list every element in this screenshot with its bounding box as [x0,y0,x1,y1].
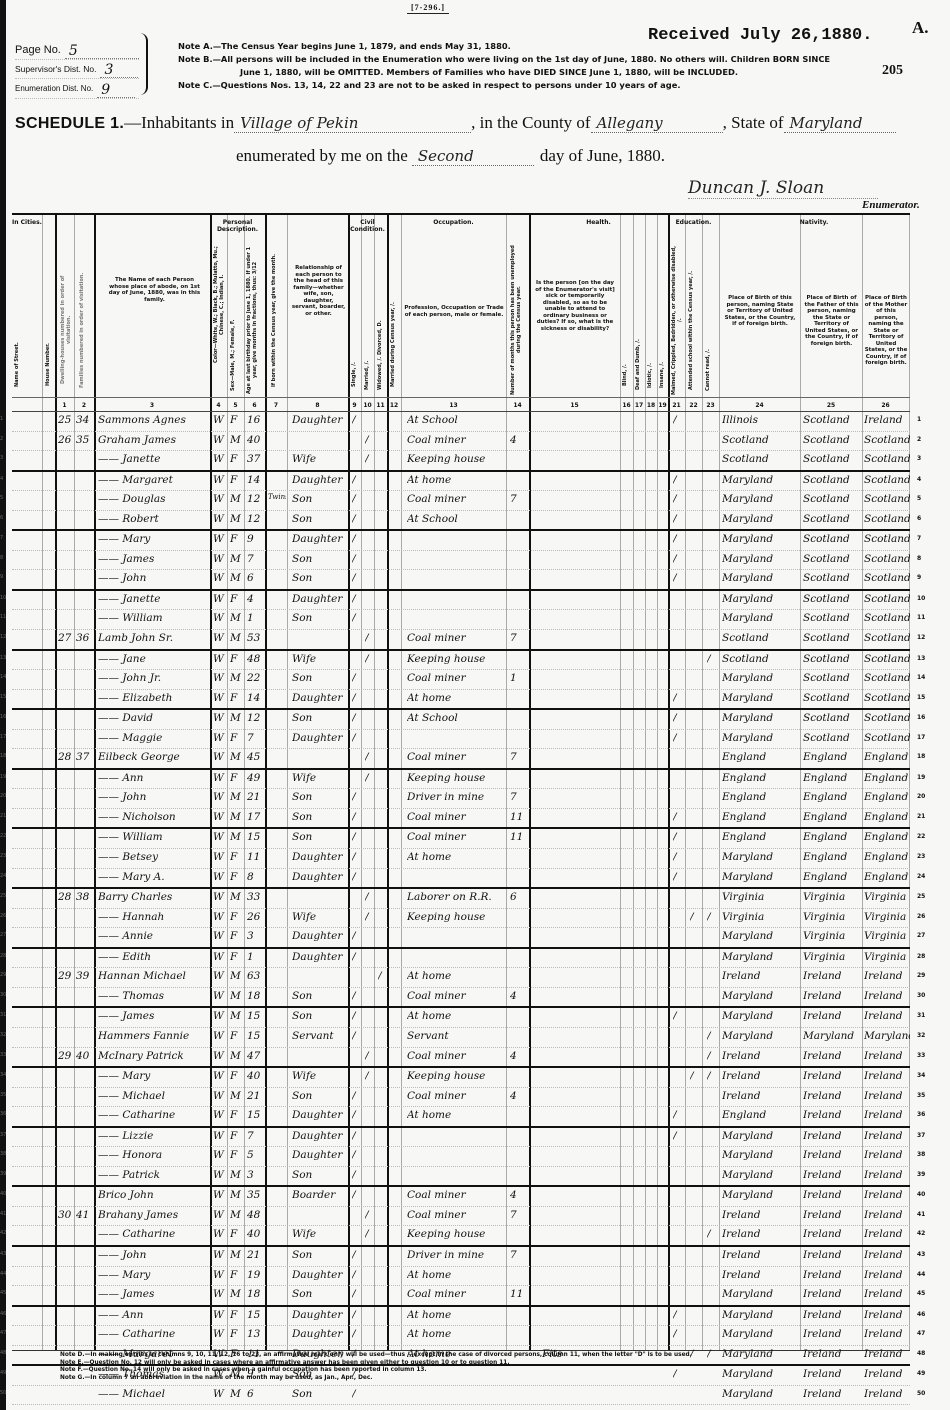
person-name: —— Ann [98,772,210,784]
birthplace: England [722,751,800,763]
person-name: —— William [98,831,210,843]
father-birthplace: England [803,791,861,803]
sex: M [230,712,244,724]
father-birthplace: Scotland [803,653,861,665]
color: W [213,434,227,446]
line-number-left: 38 [0,1151,6,1157]
form-number: [7-296.] [407,3,449,14]
relationship: Son [292,1090,348,1102]
months-unemployed: 4 [510,990,528,1002]
person-name: —— John Jr. [98,672,210,684]
married-mark: / [365,1070,375,1082]
occupation: Coal miner [407,811,506,823]
table-row: 44—— MaryWF19Daughter/At homeIrelandIrel… [12,1267,910,1287]
mother-birthplace: Ireland [864,1209,910,1221]
cannot-read-mark: / [690,911,702,923]
color: W [213,692,227,704]
occupation: Coal miner [407,751,506,763]
table-row: 38—— HonoraWF5Daughter/MarylandIrelandIr… [12,1147,910,1167]
age: 7 [247,732,265,744]
age: 9 [247,533,265,545]
line-number-left: 28 [0,953,6,959]
colnum-6: 6 [244,402,265,409]
note-b: Note B.—All persons will be included in … [178,53,878,66]
family-number: 38 [76,891,94,903]
header-idiotic: Idiotic, /. [647,355,653,395]
person-name: Barry Charles [98,891,210,903]
mother-birthplace: Ireland [864,1130,910,1142]
colnum-10: 10 [361,402,374,409]
line-number-right: 27 [917,932,925,939]
mother-birthplace: Ireland [864,1189,910,1201]
sex: M [230,1050,244,1062]
person-name: —— Catharine [98,1109,210,1121]
colnum-15: 15 [529,402,620,409]
age: 7 [247,553,265,565]
color: W [213,811,227,823]
occupation: Coal miner [407,632,506,644]
colnum-9: 9 [348,402,361,409]
enumeration-label: Enumeration Dist. No. [15,80,93,98]
age: 17 [247,811,265,823]
header-dwelling: Dwelling-houses numbered in order of vis… [60,265,72,395]
family-number: 35 [76,434,94,446]
school-mark: / [673,1130,685,1142]
color: W [213,1169,227,1181]
table-row: 45—— JamesWM18Son/Coal miner11MarylandIr… [12,1286,910,1307]
age: 4 [247,593,265,605]
birthplace: Maryland [722,732,800,744]
occupation: At School [407,414,506,426]
age: 33 [247,891,265,903]
married-mark: / [365,434,375,446]
person-name: —— Catharine [98,1228,210,1240]
age: 40 [247,1228,265,1240]
line-number-left: 23 [0,853,6,859]
occupation: Keeping house [407,653,506,665]
line-number-left: 50 [0,1390,6,1396]
months-unemployed: 6 [510,891,528,903]
relationship: Daughter [292,1109,348,1121]
age: 12 [247,493,265,505]
line-number-left: 17 [0,734,6,740]
father-birthplace: England [803,871,861,883]
mother-birthplace: Scotland [864,732,910,744]
table-row: 34—— MaryWF40Wife/Keeping house//Ireland… [12,1068,910,1088]
occupation: Coal miner [407,672,506,684]
mother-birthplace: Ireland [864,1388,910,1400]
dwelling-number: 27 [58,632,76,644]
father-birthplace: Ireland [803,1109,861,1121]
group-nativity: Nativity. [719,219,909,226]
person-name: Lamb John Sr. [98,632,210,644]
person-name: McInary Patrick [98,1050,210,1062]
sex: F [230,911,244,923]
table-row: 122736Lamb John Sr.WM53/Coal miner7Scotl… [12,630,910,651]
line-number-left: 41 [0,1211,6,1217]
sex: F [230,951,244,963]
line-number-left: 6 [0,515,3,521]
birthplace: Virginia [722,891,800,903]
age: 12 [247,513,265,525]
sex: M [230,891,244,903]
note-b-cont: June 1, 1880, will be OMITTED. Members o… [178,66,878,79]
group-civil: Civil Condition. [348,219,387,233]
colnum-7: 7 [265,402,287,409]
table-row: 6—— RobertWM12Son/At School/MarylandScot… [12,511,910,532]
district-identifiers: Page No. 5 Supervisor's Dist. No. 3 Enum… [15,40,139,99]
age: 40 [247,1070,265,1082]
colnum-12: 12 [387,402,401,409]
line-number-left: 2 [0,436,3,442]
color: W [213,414,227,426]
mother-birthplace: Scotland [864,513,910,525]
person-name: —— Maggie [98,732,210,744]
school-mark: / [673,513,685,525]
father-birthplace: England [803,811,861,823]
color: W [213,1249,227,1261]
line-number-left: 8 [0,555,3,561]
sex: F [230,1328,244,1340]
married-mark: / [365,1209,375,1221]
line-number-left: 32 [0,1032,6,1038]
sex: M [230,990,244,1002]
mother-birthplace: Ireland [864,1070,910,1082]
months-unemployed: 7 [510,1249,528,1261]
school-mark: / [673,553,685,565]
sex: F [230,732,244,744]
line-number-left: 11 [0,614,6,620]
colnum-16: 16 [620,402,633,409]
sex: F [230,414,244,426]
father-birthplace: Ireland [803,1149,861,1161]
months-unemployed: 4 [510,1050,528,1062]
relationship: Wife [292,1228,348,1240]
person-name: —— Patrick [98,1169,210,1181]
header-deaf: Deaf and Dumb, /. [635,335,641,395]
relationship: Son [292,1169,348,1181]
table-row: 12534Sammons AgnesWF16Daughter/At School… [12,412,910,432]
line-number-left: 13 [0,655,6,661]
father-birthplace: Ireland [803,990,861,1002]
school-mark: / [673,712,685,724]
occupation: At home [407,692,506,704]
sex: F [230,533,244,545]
person-name: —— Mary A. [98,871,210,883]
age: 15 [247,1109,265,1121]
line-number-right: 46 [917,1311,925,1318]
color: W [213,871,227,883]
birthplace: England [722,811,800,823]
note-a: Note A.—The Census Year begins June 1, 1… [178,40,878,53]
father-birthplace: Scotland [803,533,861,545]
mother-birthplace: Ireland [864,1169,910,1181]
line-number-left: 19 [0,774,6,780]
single-mark: / [352,1309,362,1321]
person-name: —— Mary [98,1269,210,1281]
birthplace: Maryland [722,493,800,505]
line-number-right: 4 [917,476,921,483]
sex: F [230,1309,244,1321]
birthplace: Maryland [722,851,800,863]
birthplace: Scotland [722,434,800,446]
mother-birthplace: Scotland [864,712,910,724]
header-birthplace: Place of Birth of this person, naming St… [724,295,796,328]
colnum-13: 13 [401,402,506,409]
birthplace: Ireland [722,970,800,982]
enumerated-label: enumerated by me on the [236,146,408,166]
cannot-write-mark: / [707,653,719,665]
birthplace: England [722,1109,800,1121]
age: 15 [247,1309,265,1321]
line-number-left: 4 [0,476,3,482]
relationship: Boarder [292,1189,348,1201]
sex: F [230,930,244,942]
school-mark: / [673,533,685,545]
occupation: Coal miner [407,434,506,446]
color: W [213,513,227,525]
father-birthplace: Scotland [803,593,861,605]
table-row: 24—— Mary A.WF8Daughter//MarylandEngland… [12,869,910,890]
age: 53 [247,632,265,644]
color: W [213,632,227,644]
table-row: 252838Barry CharlesWM33/Laborer on R.R.6… [12,889,910,909]
line-number-right: 36 [917,1111,925,1118]
cannot-write-mark: / [707,1070,719,1082]
age: 37 [247,453,265,465]
color: W [213,672,227,684]
occupation: At School [407,712,506,724]
line-number-right: 45 [917,1290,925,1297]
family-number: 40 [76,1050,94,1062]
table-row: 36—— CatharineWF15Daughter/At home/Engla… [12,1107,910,1128]
page-no-row: Page No. 5 [15,40,139,60]
line-number-right: 31 [917,1012,925,1019]
table-row: 332940McInary PatrickWM47/Coal miner4/Ir… [12,1048,910,1069]
father-birthplace: Ireland [803,1189,861,1201]
married-mark: / [365,1228,375,1240]
birthplace: Maryland [722,612,800,624]
dwelling-number: 29 [58,970,76,982]
table-row: 20—— JohnWM21Son/Driver in mine7EnglandE… [12,789,910,809]
father-birthplace: Maryland [803,1030,861,1042]
line-number-left: 44 [0,1271,6,1277]
age: 63 [247,970,265,982]
sex: F [230,1109,244,1121]
school-mark: / [673,831,685,843]
color: W [213,851,227,863]
county-label: , in the County of [471,113,590,133]
dwelling-number: 29 [58,1050,76,1062]
person-name: —— John [98,572,210,584]
birthplace: Maryland [722,1309,800,1321]
person-name: —— Ann [98,1309,210,1321]
color: W [213,1269,227,1281]
relationship: Daughter [292,1130,348,1142]
sex: F [230,1149,244,1161]
months-unemployed: 1 [510,672,528,684]
birthplace: Ireland [722,1269,800,1281]
mother-birthplace: Ireland [864,1010,910,1022]
single-mark: / [352,612,362,624]
line-number-right: 41 [917,1211,925,1218]
single-mark: / [352,1288,362,1300]
single-mark: / [352,851,362,863]
single-mark: / [352,811,362,823]
relationship: Daughter [292,593,348,605]
occupation: Coal miner [407,831,506,843]
single-mark: / [352,1030,362,1042]
sex: F [230,1070,244,1082]
person-name: —— Mary [98,533,210,545]
sex: M [230,1189,244,1201]
married-mark: / [365,751,375,763]
color: W [213,1149,227,1161]
table-row: 31—— JamesWM15Son/At home/MarylandIrelan… [12,1008,910,1028]
enumeration-date-line: enumerated by me on the Second day of Ju… [236,146,665,166]
color: W [213,1189,227,1201]
married-mark: / [365,891,375,903]
person-name: —— Janette [98,593,210,605]
months-unemployed: 11 [510,1288,528,1300]
mother-birthplace: Ireland [864,990,910,1002]
school-mark: / [673,1309,685,1321]
sex: M [230,672,244,684]
color: W [213,612,227,624]
mother-birthplace: England [864,772,910,784]
table-row: 43—— JohnWM21Son/Driver in mine7IrelandI… [12,1247,910,1267]
occupation: At home [407,851,506,863]
occupation: Keeping house [407,1070,506,1082]
mother-birthplace: England [864,871,910,883]
group-occupation: Occupation. [401,219,506,226]
group-health: Health. [529,219,668,226]
person-name: —— Honora [98,1149,210,1161]
birthplace: Maryland [722,930,800,942]
birthplace: Maryland [722,1030,800,1042]
color: W [213,1228,227,1240]
father-birthplace: England [803,831,861,843]
person-name: —— James [98,1010,210,1022]
line-number-left: 45 [0,1290,6,1296]
sex: M [230,1010,244,1022]
line-number-right: 40 [917,1191,925,1198]
colnum-4: 4 [210,402,227,409]
group-in-cities: In Cities. [12,219,42,226]
table-row: 14—— John Jr.WM22Son/Coal miner1Maryland… [12,670,910,690]
school-mark: / [673,1109,685,1121]
relationship: Son [292,811,348,823]
occupation: Servant [407,1030,506,1042]
relationship: Wife [292,453,348,465]
relationship: Daughter [292,1309,348,1321]
occupation: Coal miner [407,1209,506,1221]
person-name: —— Betsey [98,851,210,863]
sex: M [230,572,244,584]
birthplace: Maryland [722,474,800,486]
school-mark: / [673,732,685,744]
birthplace: England [722,772,800,784]
colnum-14: 14 [506,402,529,409]
page-no-value: 5 [65,44,139,59]
color: W [213,791,227,803]
color: W [213,1388,227,1400]
line-number-right: 3 [917,455,921,462]
color: W [213,553,227,565]
sex: F [230,1269,244,1281]
sex: M [230,831,244,843]
colnum-1: 1 [55,402,74,409]
place-field: Village of Pekin [234,114,471,133]
school-mark: / [673,811,685,823]
line-number-left: 24 [0,873,6,879]
father-birthplace: Scotland [803,553,861,565]
table-row: 8—— JamesWM7Son//MarylandScotlandScotlan… [12,551,910,571]
colnum-22: 22 [685,402,702,409]
line-number-right: 24 [917,873,925,880]
person-name: —— John [98,791,210,803]
occupation: At home [407,1109,506,1121]
table-row: 37—— LizzieWF7Daughter//MarylandIrelandI… [12,1128,910,1148]
age: 15 [247,831,265,843]
county-field: Allegany [591,114,723,133]
mother-birthplace: Scotland [864,632,910,644]
line-number-right: 34 [917,1072,925,1079]
age: 21 [247,1090,265,1102]
line-number-right: 43 [917,1251,925,1258]
table-row: 47—— CatharineWF13Daughter/At home/Maryl… [12,1326,910,1346]
line-number-left: 15 [0,694,6,700]
color: W [213,930,227,942]
header-months-unemployed: Number of months this person has been un… [510,245,522,395]
sex: F [230,871,244,883]
birthplace: Maryland [722,712,800,724]
cannot-write-mark: / [707,1228,719,1240]
person-name: —— Nicholson [98,811,210,823]
sex: F [230,851,244,863]
line-number-left: 9 [0,574,3,580]
table-row: 42—— CatharineWF40Wife/Keeping house/Ire… [12,1226,910,1247]
father-birthplace: Ireland [803,1169,861,1181]
person-name: Hannan Michael [98,970,210,982]
color: W [213,493,227,505]
colnum-11: 11 [374,402,387,409]
occupation: Keeping house [407,911,506,923]
table-row: 13—— JaneWF48Wife/Keeping house/Scotland… [12,651,910,671]
line-number-right: 47 [917,1330,925,1337]
mother-birthplace: Scotland [864,593,910,605]
page-no-label: Page No. [15,41,61,59]
occupation: Keeping house [407,1228,506,1240]
months-unemployed: 11 [510,811,528,823]
single-mark: / [352,1249,362,1261]
married-mark: / [365,911,375,923]
relationship: Son [292,572,348,584]
mother-birthplace: Virginia [864,951,910,963]
header-cannot-read: Cannot read, /. [705,345,711,395]
father-birthplace: Virginia [803,951,861,963]
age: 15 [247,1030,265,1042]
age: 45 [247,751,265,763]
age: 26 [247,911,265,923]
person-name: —— Hannah [98,911,210,923]
father-birthplace: Scotland [803,572,861,584]
dwelling-number: 25 [58,414,76,426]
mother-birthplace: England [864,751,910,763]
person-name: —— Annie [98,930,210,942]
birthplace: Maryland [722,692,800,704]
occupation: Coal miner [407,1189,506,1201]
